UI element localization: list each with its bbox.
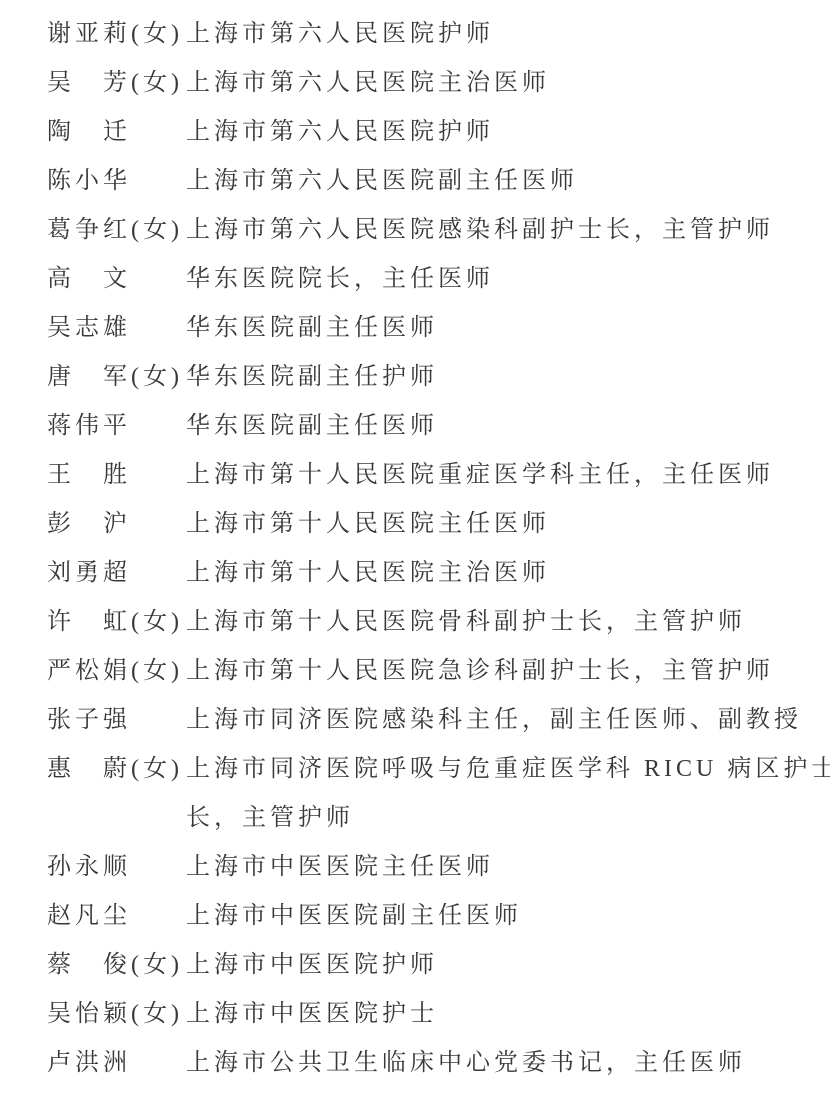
- entry-description-line: 上海市第十人民医院重症医学科主任，主任医师: [186, 451, 774, 500]
- entry-description-line: 上海市第六人民医院主治医师: [186, 59, 550, 108]
- entry-name: 吴 芳: [47, 59, 131, 108]
- roster-entry: 吴 芳 (女) 上海市第六人民医院主治医师: [0, 59, 830, 108]
- entry-description: 上海市同济医院呼吸与危重症医学科 RICU 病区护士长，主管护师: [186, 745, 830, 843]
- entry-name: 孙永顺: [47, 843, 131, 892]
- roster-entry: 唐 军 (女) 华东医院副主任护师: [0, 353, 830, 402]
- roster-entry: 惠 蔚 (女) 上海市同济医院呼吸与危重症医学科 RICU 病区护士长，主管护师: [0, 745, 830, 843]
- entry-name: 吴志雄: [47, 304, 131, 353]
- entry-gender-marker: (女): [131, 206, 186, 255]
- entry-description: 上海市中医医院副主任医师: [186, 892, 522, 941]
- roster-entry: 谢亚莉 (女) 上海市第六人民医院护师: [0, 10, 830, 59]
- entry-gender-marker: (女): [131, 59, 186, 108]
- entry-name: 王 胜: [47, 451, 131, 500]
- entry-description: 华东医院院长，主任医师: [186, 255, 494, 304]
- entry-name: 谢亚莉: [47, 10, 131, 59]
- entry-description-line: 华东医院副主任护师: [186, 353, 438, 402]
- entry-gender-marker: (女): [131, 353, 186, 402]
- entry-description: 上海市同济医院感染科主任，副主任医师、副教授: [186, 696, 802, 745]
- entry-description-line: 长，主管护师: [186, 794, 830, 843]
- roster-entry: 刘勇超 上海市第十人民医院主治医师: [0, 549, 830, 598]
- entry-description-line: 上海市同济医院呼吸与危重症医学科 RICU 病区护士: [186, 745, 830, 794]
- roster-entry: 蔡 俊 (女) 上海市中医医院护师: [0, 941, 830, 990]
- entry-description-line: 上海市中医医院副主任医师: [186, 892, 522, 941]
- entry-name: 葛争红: [47, 206, 131, 255]
- entry-description-line: 上海市第十人民医院主治医师: [186, 549, 550, 598]
- entry-name: 陶 迁: [47, 108, 131, 157]
- entry-description: 上海市第十人民医院骨科副护士长，主管护师: [186, 598, 746, 647]
- entry-description-line: 上海市第十人民医院急诊科副护士长，主管护师: [186, 647, 774, 696]
- entry-description-line: 上海市中医医院护士: [186, 990, 438, 1039]
- entry-gender-marker: (女): [131, 941, 186, 990]
- entry-description: 上海市第十人民医院主任医师: [186, 500, 550, 549]
- document-page: 谢亚莉 (女) 上海市第六人民医院护师 吴 芳 (女) 上海市第六人民医院主治医…: [0, 0, 830, 1088]
- roster-entry: 吴志雄 华东医院副主任医师: [0, 304, 830, 353]
- roster-entry: 陶 迁 上海市第六人民医院护师: [0, 108, 830, 157]
- entry-name: 陈小华: [47, 157, 131, 206]
- entry-description: 上海市第十人民医院重症医学科主任，主任医师: [186, 451, 774, 500]
- roster-entry: 蒋伟平 华东医院副主任医师: [0, 402, 830, 451]
- entry-name: 唐 军: [47, 353, 131, 402]
- entry-description: 上海市第十人民医院主治医师: [186, 549, 550, 598]
- entry-name: 吴怡颖: [47, 990, 131, 1039]
- entry-name: 刘勇超: [47, 549, 131, 598]
- entry-gender-marker: (女): [131, 990, 186, 1039]
- roster-entry: 陈小华 上海市第六人民医院副主任医师: [0, 157, 830, 206]
- entry-description-line: 上海市中医医院护师: [186, 941, 438, 990]
- entry-gender-marker: (女): [131, 745, 186, 794]
- roster-entry: 王 胜 上海市第十人民医院重症医学科主任，主任医师: [0, 451, 830, 500]
- entry-description: 上海市第六人民医院主治医师: [186, 59, 550, 108]
- entry-description-line: 上海市第六人民医院副主任医师: [186, 157, 578, 206]
- roster-list: 谢亚莉 (女) 上海市第六人民医院护师 吴 芳 (女) 上海市第六人民医院主治医…: [0, 10, 830, 1088]
- entry-description-line: 上海市第六人民医院感染科副护士长，主管护师: [186, 206, 774, 255]
- entry-name: 许 虹: [47, 598, 131, 647]
- roster-entry: 孙永顺 上海市中医医院主任医师: [0, 843, 830, 892]
- entry-description: 上海市中医医院护师: [186, 941, 438, 990]
- entry-gender-marker: (女): [131, 10, 186, 59]
- entry-name: 惠 蔚: [47, 745, 131, 794]
- entry-description: 上海市第六人民医院护师: [186, 10, 494, 59]
- entry-description: 上海市公共卫生临床中心党委书记，主任医师: [186, 1039, 746, 1088]
- entry-description-line: 上海市公共卫生临床中心党委书记，主任医师: [186, 1039, 746, 1088]
- entry-description: 上海市中医医院护士: [186, 990, 438, 1039]
- entry-gender-marker: (女): [131, 647, 186, 696]
- entry-description: 华东医院副主任医师: [186, 304, 438, 353]
- entry-description: 上海市第十人民医院急诊科副护士长，主管护师: [186, 647, 774, 696]
- entry-description: 华东医院副主任医师: [186, 402, 438, 451]
- entry-description-line: 上海市第十人民医院骨科副护士长，主管护师: [186, 598, 746, 647]
- entry-name: 张子强: [47, 696, 131, 745]
- entry-description: 上海市第六人民医院感染科副护士长，主管护师: [186, 206, 774, 255]
- roster-entry: 高 文 华东医院院长，主任医师: [0, 255, 830, 304]
- roster-entry: 严松娟 (女) 上海市第十人民医院急诊科副护士长，主管护师: [0, 647, 830, 696]
- roster-entry: 吴怡颖 (女) 上海市中医医院护士: [0, 990, 830, 1039]
- roster-entry: 赵凡尘 上海市中医医院副主任医师: [0, 892, 830, 941]
- roster-entry: 张子强 上海市同济医院感染科主任，副主任医师、副教授: [0, 696, 830, 745]
- entry-description: 上海市第六人民医院护师: [186, 108, 494, 157]
- entry-name: 严松娟: [47, 647, 131, 696]
- roster-entry: 葛争红 (女) 上海市第六人民医院感染科副护士长，主管护师: [0, 206, 830, 255]
- entry-name: 高 文: [47, 255, 131, 304]
- entry-gender-marker: (女): [131, 598, 186, 647]
- entry-description-line: 上海市第六人民医院护师: [186, 10, 494, 59]
- entry-name: 蔡 俊: [47, 941, 131, 990]
- roster-entry: 彭 沪 上海市第十人民医院主任医师: [0, 500, 830, 549]
- entry-name: 卢洪洲: [47, 1039, 131, 1088]
- entry-description-line: 上海市中医医院主任医师: [186, 843, 494, 892]
- entry-description: 上海市中医医院主任医师: [186, 843, 494, 892]
- entry-description-line: 华东医院院长，主任医师: [186, 255, 494, 304]
- entry-description-line: 上海市第十人民医院主任医师: [186, 500, 550, 549]
- entry-description: 华东医院副主任护师: [186, 353, 438, 402]
- entry-description-line: 上海市同济医院感染科主任，副主任医师、副教授: [186, 696, 802, 745]
- entry-name: 蒋伟平: [47, 402, 131, 451]
- entry-description-line: 华东医院副主任医师: [186, 402, 438, 451]
- entry-name: 彭 沪: [47, 500, 131, 549]
- roster-entry: 许 虹 (女) 上海市第十人民医院骨科副护士长，主管护师: [0, 598, 830, 647]
- roster-entry: 卢洪洲 上海市公共卫生临床中心党委书记，主任医师: [0, 1039, 830, 1088]
- entry-description-line: 上海市第六人民医院护师: [186, 108, 494, 157]
- entry-description-line: 华东医院副主任医师: [186, 304, 438, 353]
- entry-description: 上海市第六人民医院副主任医师: [186, 157, 578, 206]
- entry-name: 赵凡尘: [47, 892, 131, 941]
